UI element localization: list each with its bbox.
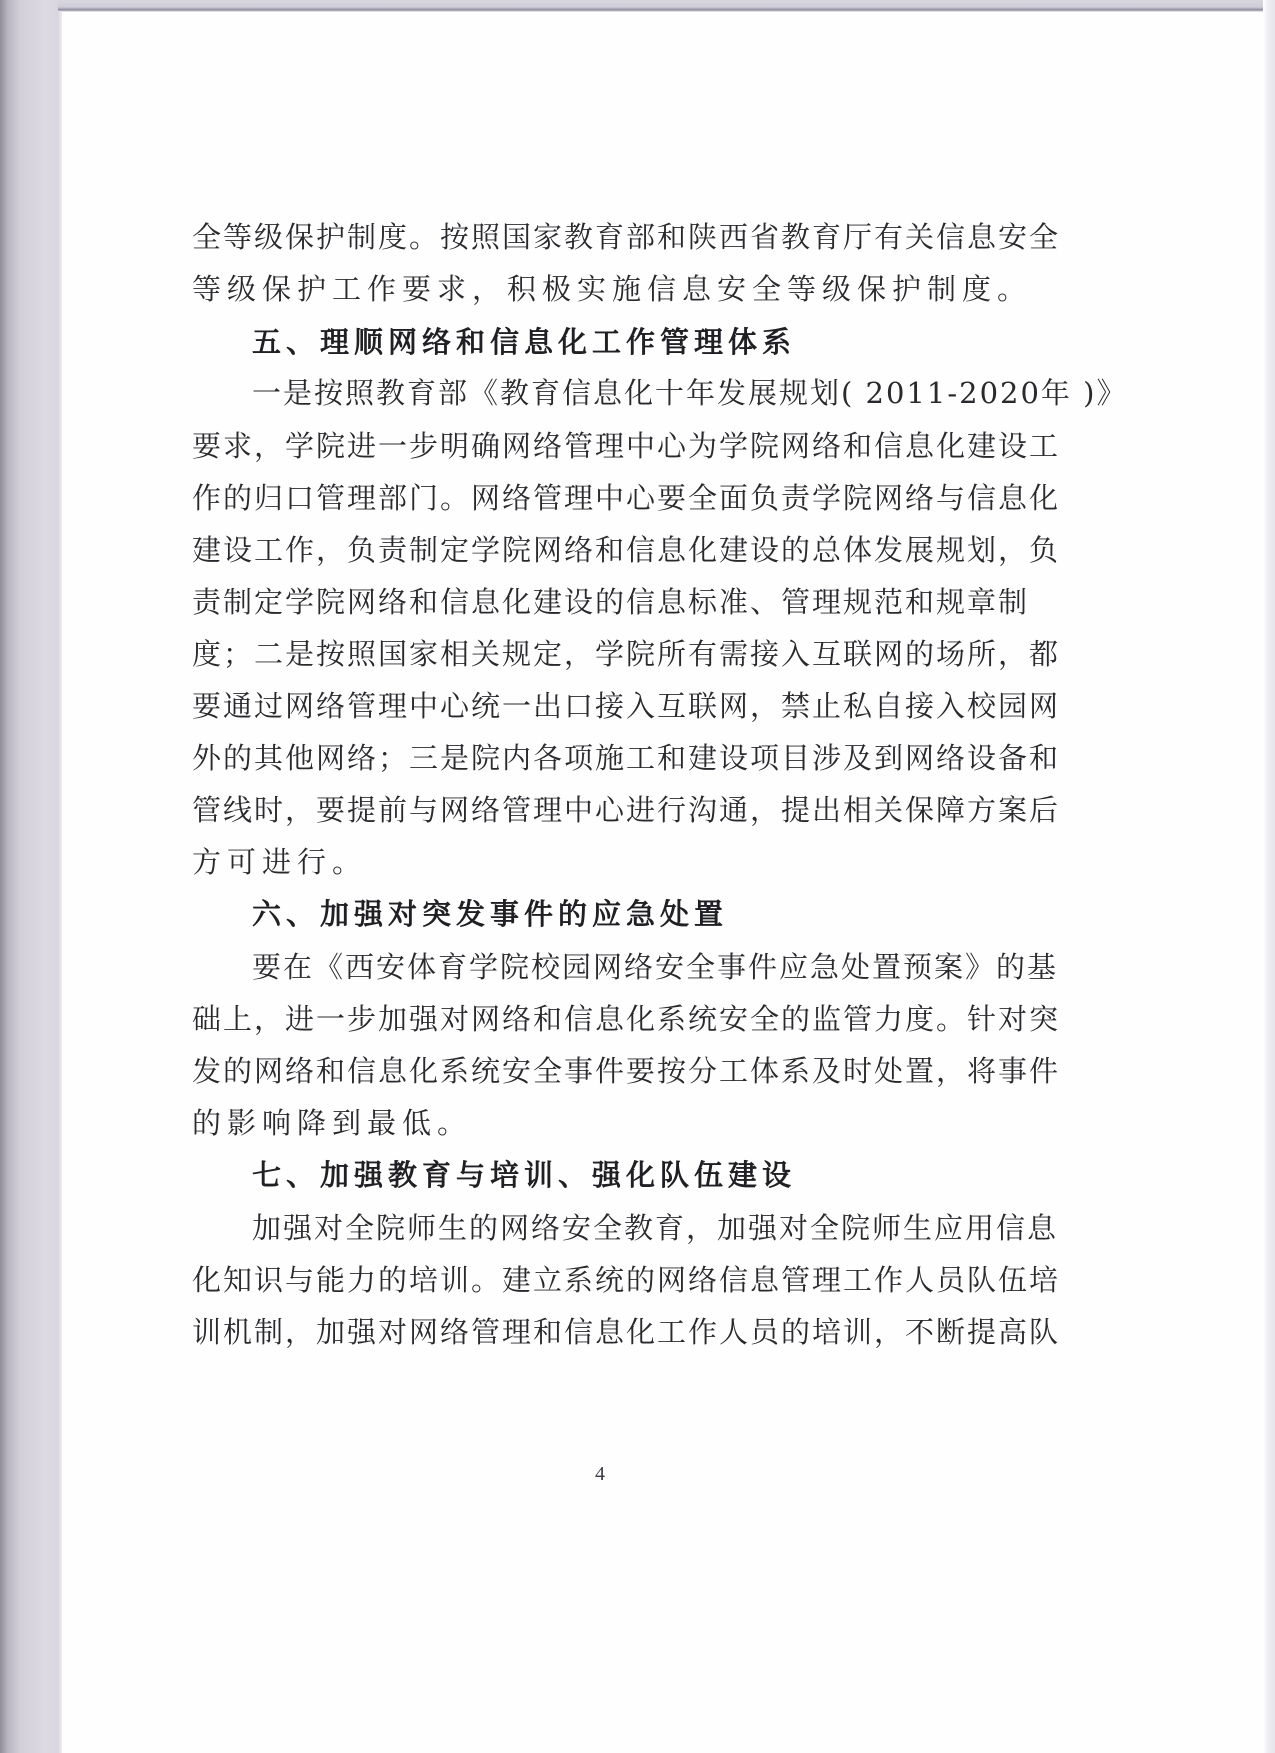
body-line: 训机制，加强对网络管理和信息化工作人员的培训，不断提高队	[192, 1312, 1004, 1352]
scan-right-border	[1263, 0, 1275, 1753]
body-line: 作的归口管理部门。网络管理中心要全面负责学院网络与信息化	[192, 478, 1004, 518]
body-line: 的影响降到最低。	[192, 1103, 1004, 1143]
body-line: 等级保护工作要求，积极实施信息安全等级保护制度。	[192, 269, 1004, 309]
body-line: 全等级保护制度。按照国家教育部和陕西省教育厅有关信息安全	[192, 217, 1004, 257]
body-line: 要求，学院进一步明确网络管理中心为学院网络和信息化建设工	[192, 426, 1004, 466]
body-line: 加强对全院师生的网络安全教育，加强对全院师生应用信息	[252, 1208, 1004, 1248]
page-number: 4	[595, 1463, 605, 1486]
body-line: 管线时，要提前与网络管理中心进行沟通，提出相关保障方案后	[192, 790, 1004, 830]
section-heading-6: 六、加强对突发事件的应急处置	[252, 894, 728, 934]
body-line: 度；二是按照国家相关规定，学院所有需接入互联网的场所，都	[192, 634, 1004, 674]
scan-top-border	[58, 0, 1275, 12]
section-heading-7: 七、加强教育与培训、强化队伍建设	[252, 1155, 796, 1195]
body-line: 外的其他网络；三是院内各项施工和建设项目涉及到网络设备和	[192, 738, 1004, 778]
body-line: 要通过网络管理中心统一出口接入互联网，禁止私自接入校园网	[192, 686, 1004, 726]
body-line: 发的网络和信息化系统安全事件要按分工体系及时处置，将事件	[192, 1051, 1004, 1091]
scan-left-border	[0, 0, 62, 1753]
body-line: 一是按照教育部《教育信息化十年发展规划( 2011-2020年 )》	[252, 373, 1004, 413]
body-line: 建设工作，负责制定学院网络和信息化建设的总体发展规划，负	[192, 530, 1004, 570]
body-line: 础上，进一步加强对网络和信息化系统安全的监管力度。针对突	[192, 999, 1004, 1039]
body-line: 要在《西安体育学院校园网络安全事件应急处置预案》的基	[252, 947, 1004, 987]
body-line: 责制定学院网络和信息化建设的信息标准、管理规范和规章制	[192, 582, 1004, 622]
scanned-page: 全等级保护制度。按照国家教育部和陕西省教育厅有关信息安全 等级保护工作要求，积极…	[0, 0, 1275, 1753]
body-line: 化知识与能力的培训。建立系统的网络信息管理工作人员队伍培	[192, 1260, 1004, 1300]
body-line: 方可进行。	[192, 842, 1004, 882]
section-heading-5: 五、理顺网络和信息化工作管理体系	[252, 322, 796, 362]
